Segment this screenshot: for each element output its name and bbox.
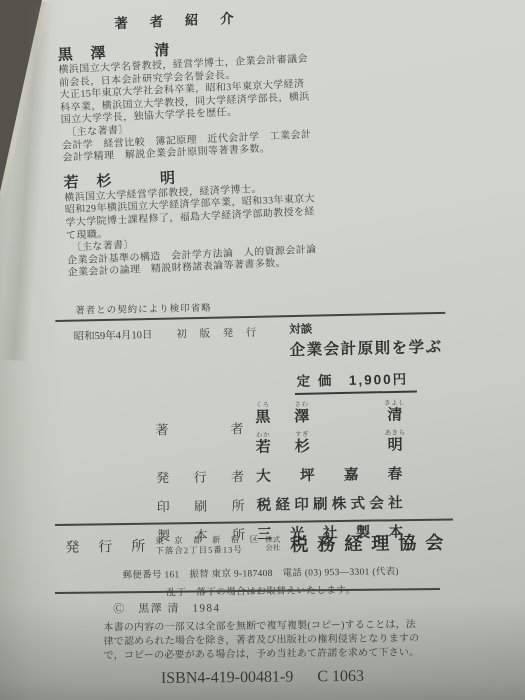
publisher-row: 発 行 者 大 坪 嘉 春 (156, 462, 456, 488)
title-genre: 対談 (289, 318, 442, 337)
c-code: C 1063 (317, 668, 364, 686)
price-row: 定 価 1,900円 (294, 367, 456, 395)
author2-family-name: 若 杉 (63, 173, 118, 191)
author-role-label: 著 者 (155, 418, 243, 438)
issuer-address: 東 京 都 新 宿 区 下落合2丁目5番13号 (155, 534, 259, 556)
address-line: 下落合2丁目5番13号 (155, 544, 259, 556)
legal-notice: 本書の内容の一部又は全部を無断で複写複製(コピー)することは，法 律で認められた… (103, 618, 465, 664)
legal-line: で，コピーの必要がある場合は，予め当社あて許諾を求めて下さい。 (104, 646, 466, 664)
ruby-char: きよし 清 (384, 400, 405, 425)
author1-name-ruby: くろ 黒 さわ 澤 きよし 清 (255, 395, 405, 427)
title-block: 対談 企業会計原則を学ぶ (289, 318, 443, 360)
kanji-char: 明 (388, 437, 403, 455)
kanji-char: 清 (387, 407, 402, 425)
publisher-label: 発 行 者 (156, 466, 244, 486)
author2-given-name: 明 (160, 170, 176, 187)
ruby-char: さわ 澤 (294, 401, 309, 426)
corp-line: 会社 (265, 544, 280, 553)
author1-bio: 横浜国立大学名誉教授，経営学博士，企業会計審議会 前会長，日本会計研究学会名誉会… (58, 49, 402, 165)
kanji-char: 黒 (255, 409, 270, 427)
isbn-row: ISBN4-419-00481-9 C 1063 (161, 667, 466, 688)
author2-name-ruby: わか 若 すぎ 杉 あきら 明 (255, 424, 405, 456)
corporation-marker: 株式 会社 (265, 535, 280, 552)
author1-family-name: 黒 澤 (58, 45, 113, 63)
author-intro-heading: 著 者 紹 介 (114, 0, 397, 32)
printer-row: 印 刷 所 税経印刷株式会社 (157, 491, 457, 517)
ruby-char: あきら 明 (385, 429, 406, 454)
ruby-char: わか 若 (256, 432, 271, 457)
contact-line: 郵便番号 161 振替 東京 9-187408 電話 (03) 953―3301… (56, 562, 466, 582)
edition-row: 昭和59年4月10日 初 版 発 行 対談 企業会計原則を学ぶ (56, 321, 457, 365)
kanji-char: 澤 (294, 408, 309, 426)
authors-row: 著 者 くろ 黒 さわ 澤 きよし 清 (155, 394, 456, 459)
ruby-char: くろ 黒 (255, 402, 270, 427)
issuer-name: 税務経理協会 (290, 528, 452, 556)
author1-given-name: 清 (154, 43, 170, 60)
ruby-char: すぎ 杉 (295, 431, 310, 456)
book-colophon-photo: 著 者 紹 介 黒 澤 清 横浜国立大学名誉教授，経営学博士，企業会計審議会 前… (0, 0, 525, 700)
book-title: 企業会計原則を学ぶ (289, 335, 442, 360)
author2-bio: 横浜国立大学経営学部教授，経済学博士。 昭和29年横浜国立大学経済学部卒業，昭和… (64, 177, 408, 280)
publisher-name: 大 坪 嘉 春 (256, 462, 406, 485)
author-intro-section: 著 者 紹 介 黒 澤 清 横浜国立大学名誉教授，経営学博士，企業会計審議会 前… (56, 0, 408, 281)
price-label: 定 価 1,900円 (294, 367, 416, 395)
address-line: 東 京 都 新 宿 区 (155, 534, 259, 546)
printer-name: 税経印刷株式会社 (256, 491, 406, 514)
colophon-header-section: 著者との契約により検印省略 昭和59年4月10日 初 版 発 行 対談 企業会計… (55, 295, 457, 400)
kanji-char: 杉 (295, 438, 310, 456)
copyright-line: Ⓒ 黒澤 清 1984 (113, 597, 465, 617)
isbn-number: ISBN4-419-00481-9 (161, 669, 294, 688)
publication-date: 昭和59年4月10日 (74, 327, 153, 344)
author-names: くろ 黒 さわ 澤 きよし 清 わか 若 (255, 395, 406, 457)
issuer-row: 発 行 所 東 京 都 新 宿 区 下落合2丁目5番13号 株式 会社 税務経理… (55, 528, 465, 560)
legal-section: Ⓒ 黒澤 清 1984 本書の内容の一部又は全部を無断で複写複製(コピー)するこ… (55, 588, 466, 689)
issuer-label: 発 行 所 (65, 536, 145, 557)
edition-label: 初 版 発 行 (176, 325, 261, 342)
printer-label: 印 刷 所 (157, 495, 245, 515)
kanji-char: 若 (256, 439, 271, 457)
